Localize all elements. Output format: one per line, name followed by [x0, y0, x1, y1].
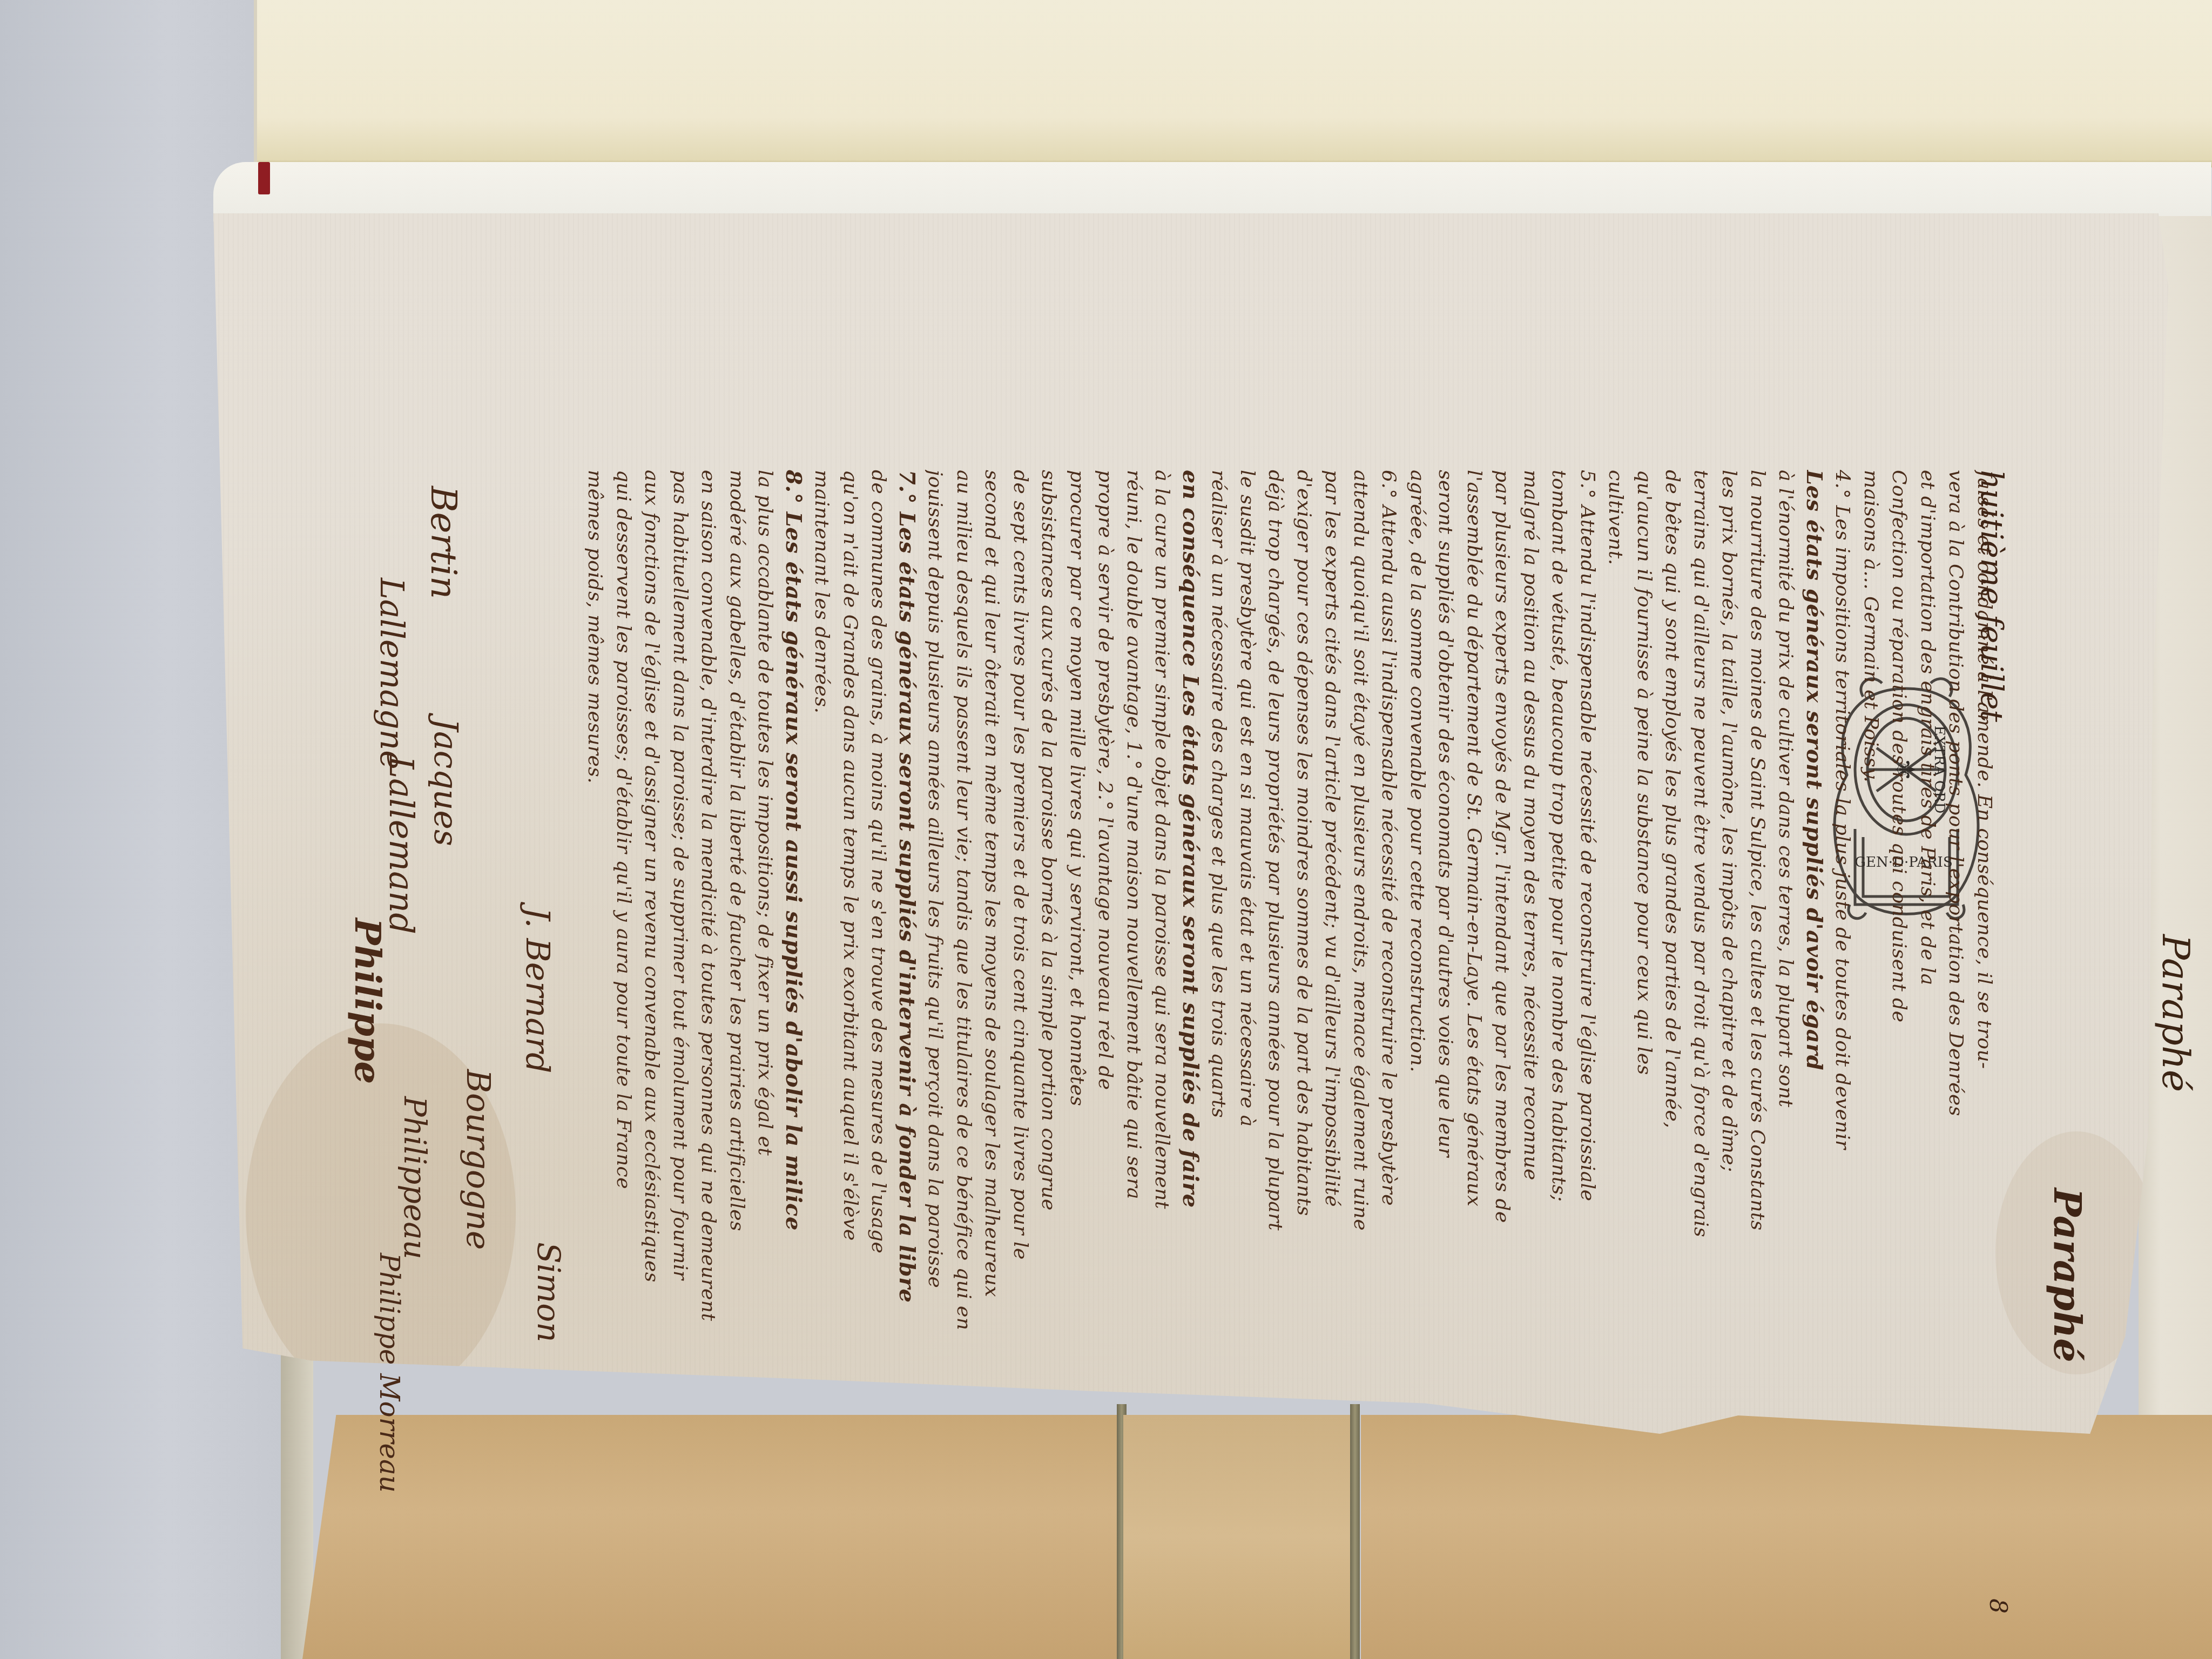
paraph-mark: Paraphé: [2045, 1188, 2090, 1363]
manuscript-line: vera à la Contribution des ponts pour l'…: [1941, 470, 1970, 1431]
manuscript-line: pas habituellement dans la paroisse; de …: [666, 470, 694, 1431]
manuscript-line: tombant de vétusté, beaucoup trop petite…: [1545, 470, 1573, 1431]
manuscript-line: la nourriture des moines de Saint Sulpic…: [1743, 470, 1772, 1431]
signature: Philippe Morreau: [374, 1253, 405, 1493]
manuscript-line: second et qui leur ôterait en même temps…: [977, 470, 1006, 1431]
manuscript-line: déjà trop chargés, de leurs propriétés p…: [1261, 470, 1290, 1431]
vellum-cover-left: [302, 1415, 1145, 1659]
manuscript-line: le susdit presbytère qui est en si mauva…: [1233, 470, 1262, 1431]
manuscript-line: les prix bornés, la taille, l'aumône, le…: [1715, 470, 1743, 1431]
manuscript-line: 4.° Les impositions territoriales la plu…: [1828, 470, 1857, 1431]
manuscript-line: 5.° Attendu l'indispensable nécessité de…: [1573, 470, 1602, 1431]
manuscript-line: maintenant les denrées.: [807, 470, 836, 956]
manuscript-line: qui desservent les paroisses; d'établir …: [609, 470, 638, 1431]
manuscript-line: réaliser à un nécessaire des charges et …: [1204, 470, 1233, 1431]
signature: J. Bernard: [518, 907, 556, 1073]
blank-book-page: [254, 0, 2212, 167]
signature: Bertin: [423, 486, 464, 599]
manuscript-line: aux fonctions de l'église et d'assigner …: [637, 470, 666, 1431]
signature: Jacques: [427, 718, 464, 846]
manuscript-line: seront suppliés d'obtenir des économats …: [1431, 470, 1460, 1431]
manuscript-line: modéré aux gabelles, d'établir la libert…: [723, 470, 751, 1431]
folio-number: 8: [1984, 1599, 2012, 1614]
signature: Lallemand: [382, 756, 421, 934]
manuscript-line: malgré la position au dessus du moyen de…: [1516, 470, 1545, 1431]
manuscript-line: l'assemblée du département de St. Germai…: [1460, 470, 1488, 1431]
manuscript-line: subsistances aux curés de la paroisse bo…: [1034, 470, 1063, 1431]
bookmark-ribbon: [258, 162, 270, 194]
manuscript-line: cultivent.: [1601, 470, 1630, 956]
manuscript-line: en saison convenable, d'interdire la men…: [694, 470, 723, 1431]
signature: Simon: [530, 1242, 567, 1343]
signature: Lallemagne: [373, 578, 410, 770]
manuscript-line: maisons à... Germain et Poissy.: [1857, 470, 1885, 1431]
manuscript-line: la plus accablante de toutes les imposit…: [751, 470, 779, 1431]
signature: Philippe: [347, 918, 389, 1084]
manuscript-line: par plusieurs experts envoyés de Mgr. l'…: [1488, 470, 1516, 1431]
manuscript-line: 6.° Attendu aussi l'indispensable nécess…: [1374, 470, 1403, 1431]
manuscript-heading-line: 8.° Les états généraux seront aussi supp…: [779, 470, 808, 1431]
manuscript-line: et d'importation des engrais tirés de Pa…: [1913, 470, 1942, 1431]
folio-heading: huitième feuillet: [1974, 470, 2009, 722]
manuscript-heading-line: Les états généraux seront suppliés d'avo…: [1800, 470, 1829, 1431]
underlying-page-edge: [213, 162, 2211, 221]
manuscript-line: de bêtes qui y sont employés les plus gr…: [1658, 470, 1687, 1431]
manuscript-line: par les experts cités dans l'article pré…: [1318, 470, 1346, 1431]
manuscript-line: au milieu desquels ils passent leur vie;…: [949, 470, 978, 1431]
vellum-gap: [1350, 1404, 1360, 1659]
manuscript-line: Confection ou réparation des routes qui …: [1885, 470, 1913, 1431]
manuscript-line: à l'énormité du prix de cultiver dans ce…: [1771, 470, 1800, 1431]
manuscript-line: de communes des grains, à moins qu'il ne…: [864, 470, 893, 1431]
manuscript-line: propre à servir de presbytère, 2.° l'ava…: [1091, 470, 1120, 1431]
vellum-cover-right: [1361, 1415, 2212, 1659]
manuscript-line: qu'on n'ait de Grandes dans aucun temps …: [836, 470, 865, 1431]
manuscript-heading-line: en conséquence Les états généraux seront…: [1176, 470, 1205, 1431]
manuscript-line: agréée, de la somme convenable pour cett…: [1403, 470, 1432, 1431]
manuscript-lines: Jaisés et condamné à l'amende. En conséq…: [581, 470, 1998, 1431]
right-page-paraph: Paraphé: [2154, 934, 2198, 1092]
manuscript-line: d'exiger pour ces dépenses les moindres …: [1290, 470, 1318, 1431]
manuscript-line: mêmes poids, mêmes mesures.: [581, 470, 609, 956]
manuscript-line: qu'aucun il fournisse à peine la substan…: [1630, 470, 1658, 1431]
manuscript-text-area: Jaisés et condamné à l'amende. En conséq…: [378, 470, 1998, 1442]
manuscript-line: à la cure un premier simple objet dans l…: [1148, 470, 1176, 1431]
page-stack-edge: [281, 1350, 313, 1659]
manuscript-line: terrains qui d'ailleurs ne peuvent être …: [1687, 470, 1715, 1431]
manuscript-line: attendu quoiqu'il soit étayé en plusieur…: [1346, 470, 1375, 1431]
manuscript-line: de sept cents livres pour les premiers e…: [1006, 470, 1035, 1431]
manuscript-line: jouissent depuis plusieurs années ailleu…: [921, 470, 949, 1431]
manuscript-heading-line: 7.° Les états généraux seront suppliés d…: [893, 470, 921, 1431]
signature: Bourgogne: [459, 1069, 497, 1250]
signature-block: Bertin Jacques Lallemagne Lallemand J. B…: [319, 486, 562, 1404]
manuscript-line: procurer par ce moyen mille livres qui y…: [1063, 470, 1091, 1431]
manuscript-line: réuni, le double avantage, 1.° d'une mai…: [1120, 470, 1148, 1431]
vellum-cover-middle: [1123, 1415, 1355, 1659]
